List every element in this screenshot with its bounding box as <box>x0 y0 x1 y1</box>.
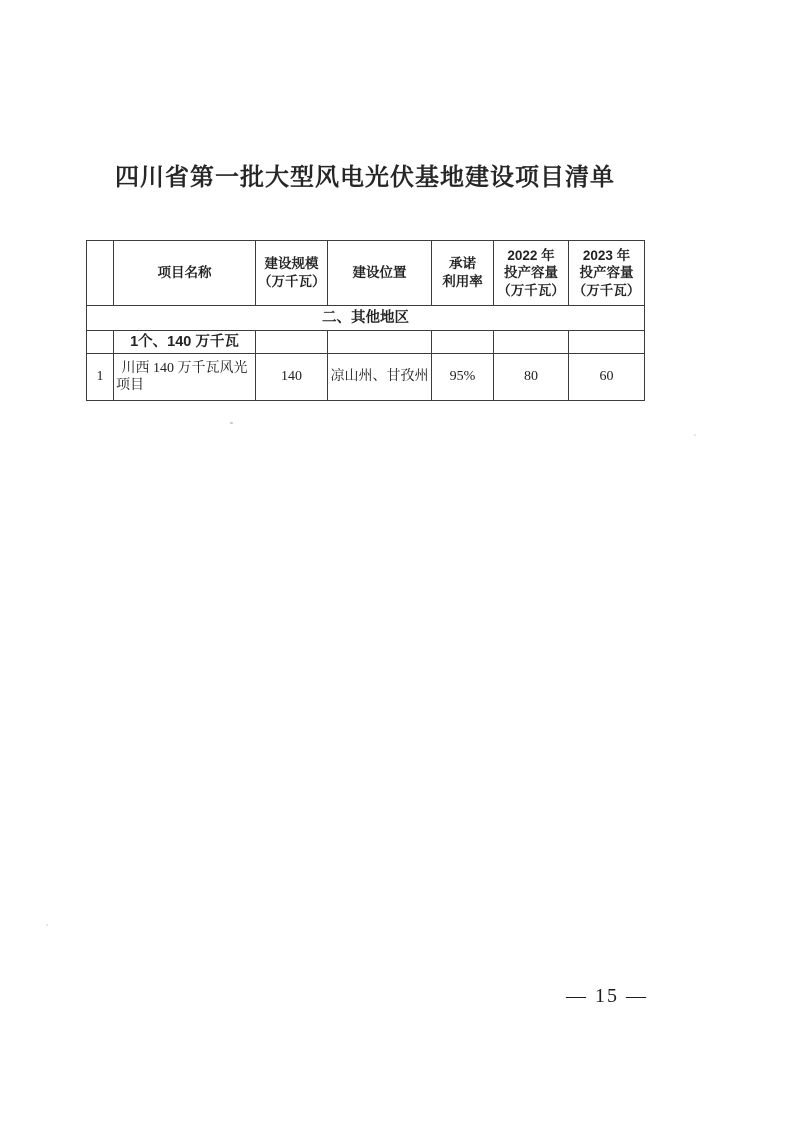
col-header-scale-line1: 建设规模 <box>258 255 325 273</box>
subtotal-empty-rate <box>432 331 494 354</box>
cell-scale: 140 <box>256 354 328 401</box>
document-title: 四川省第一批大型风电光伏基地建设项目清单 <box>86 157 644 192</box>
scan-speck <box>46 924 48 926</box>
subtotal-empty-2023 <box>569 331 645 354</box>
cell-location: 凉山州、甘孜州 <box>328 354 432 401</box>
col-header-capacity-2022-line3: （万千瓦） <box>496 282 566 300</box>
cell-capacity-2022: 80 <box>494 354 569 401</box>
data-table: 项目名称 建设规模 （万千瓦） 建设位置 承诺 利用率 2022 年 投产容量 … <box>86 240 645 401</box>
cell-capacity-2023: 60 <box>569 354 645 401</box>
cell-rate: 95% <box>432 354 494 401</box>
table-header-row: 项目名称 建设规模 （万千瓦） 建设位置 承诺 利用率 2022 年 投产容量 … <box>87 241 645 306</box>
subtotal-label: 1个、140 万千瓦 <box>114 331 256 354</box>
section-header-label: 二、其他地区 <box>87 306 645 331</box>
col-header-capacity-2023-line2: 投产容量 <box>571 264 642 282</box>
document-page: 四川省第一批大型风电光伏基地建设项目清单 项目名称 建设规模 （万千瓦） 建设位… <box>0 0 800 1130</box>
scan-speck <box>694 434 696 436</box>
col-header-capacity-2022-line2: 投产容量 <box>496 264 566 282</box>
subtotal-index-cell <box>87 331 114 354</box>
table-row: 1 川西 140 万千瓦风光项目 140 凉山州、甘孜州 95% 80 60 <box>87 354 645 401</box>
col-header-capacity-2023-line1: 2023 年 <box>571 247 642 265</box>
page-number: — 15 — <box>566 985 648 1008</box>
col-header-scale-line2: （万千瓦） <box>258 273 325 291</box>
col-header-capacity-2022-line1: 2022 年 <box>496 247 566 265</box>
subtotal-empty-scale <box>256 331 328 354</box>
col-header-index <box>87 241 114 306</box>
col-header-rate-line1: 承诺 <box>434 255 491 273</box>
subtotal-empty-2022 <box>494 331 569 354</box>
col-header-capacity-2023: 2023 年 投产容量 （万千瓦） <box>569 241 645 306</box>
col-header-project-name-label: 项目名称 <box>116 264 253 282</box>
section-header-row: 二、其他地区 <box>87 306 645 331</box>
col-header-rate: 承诺 利用率 <box>432 241 494 306</box>
col-header-capacity-2023-line3: （万千瓦） <box>571 282 642 300</box>
col-header-scale: 建设规模 （万千瓦） <box>256 241 328 306</box>
col-header-capacity-2022: 2022 年 投产容量 （万千瓦） <box>494 241 569 306</box>
cell-index: 1 <box>87 354 114 401</box>
col-header-location-label: 建设位置 <box>330 264 429 282</box>
subtotal-row: 1个、140 万千瓦 <box>87 331 645 354</box>
subtotal-empty-location <box>328 331 432 354</box>
scan-speck <box>230 422 233 424</box>
cell-project-name: 川西 140 万千瓦风光项目 <box>114 354 256 401</box>
col-header-rate-line2: 利用率 <box>434 273 491 291</box>
col-header-location: 建设位置 <box>328 241 432 306</box>
col-header-project-name: 项目名称 <box>114 241 256 306</box>
